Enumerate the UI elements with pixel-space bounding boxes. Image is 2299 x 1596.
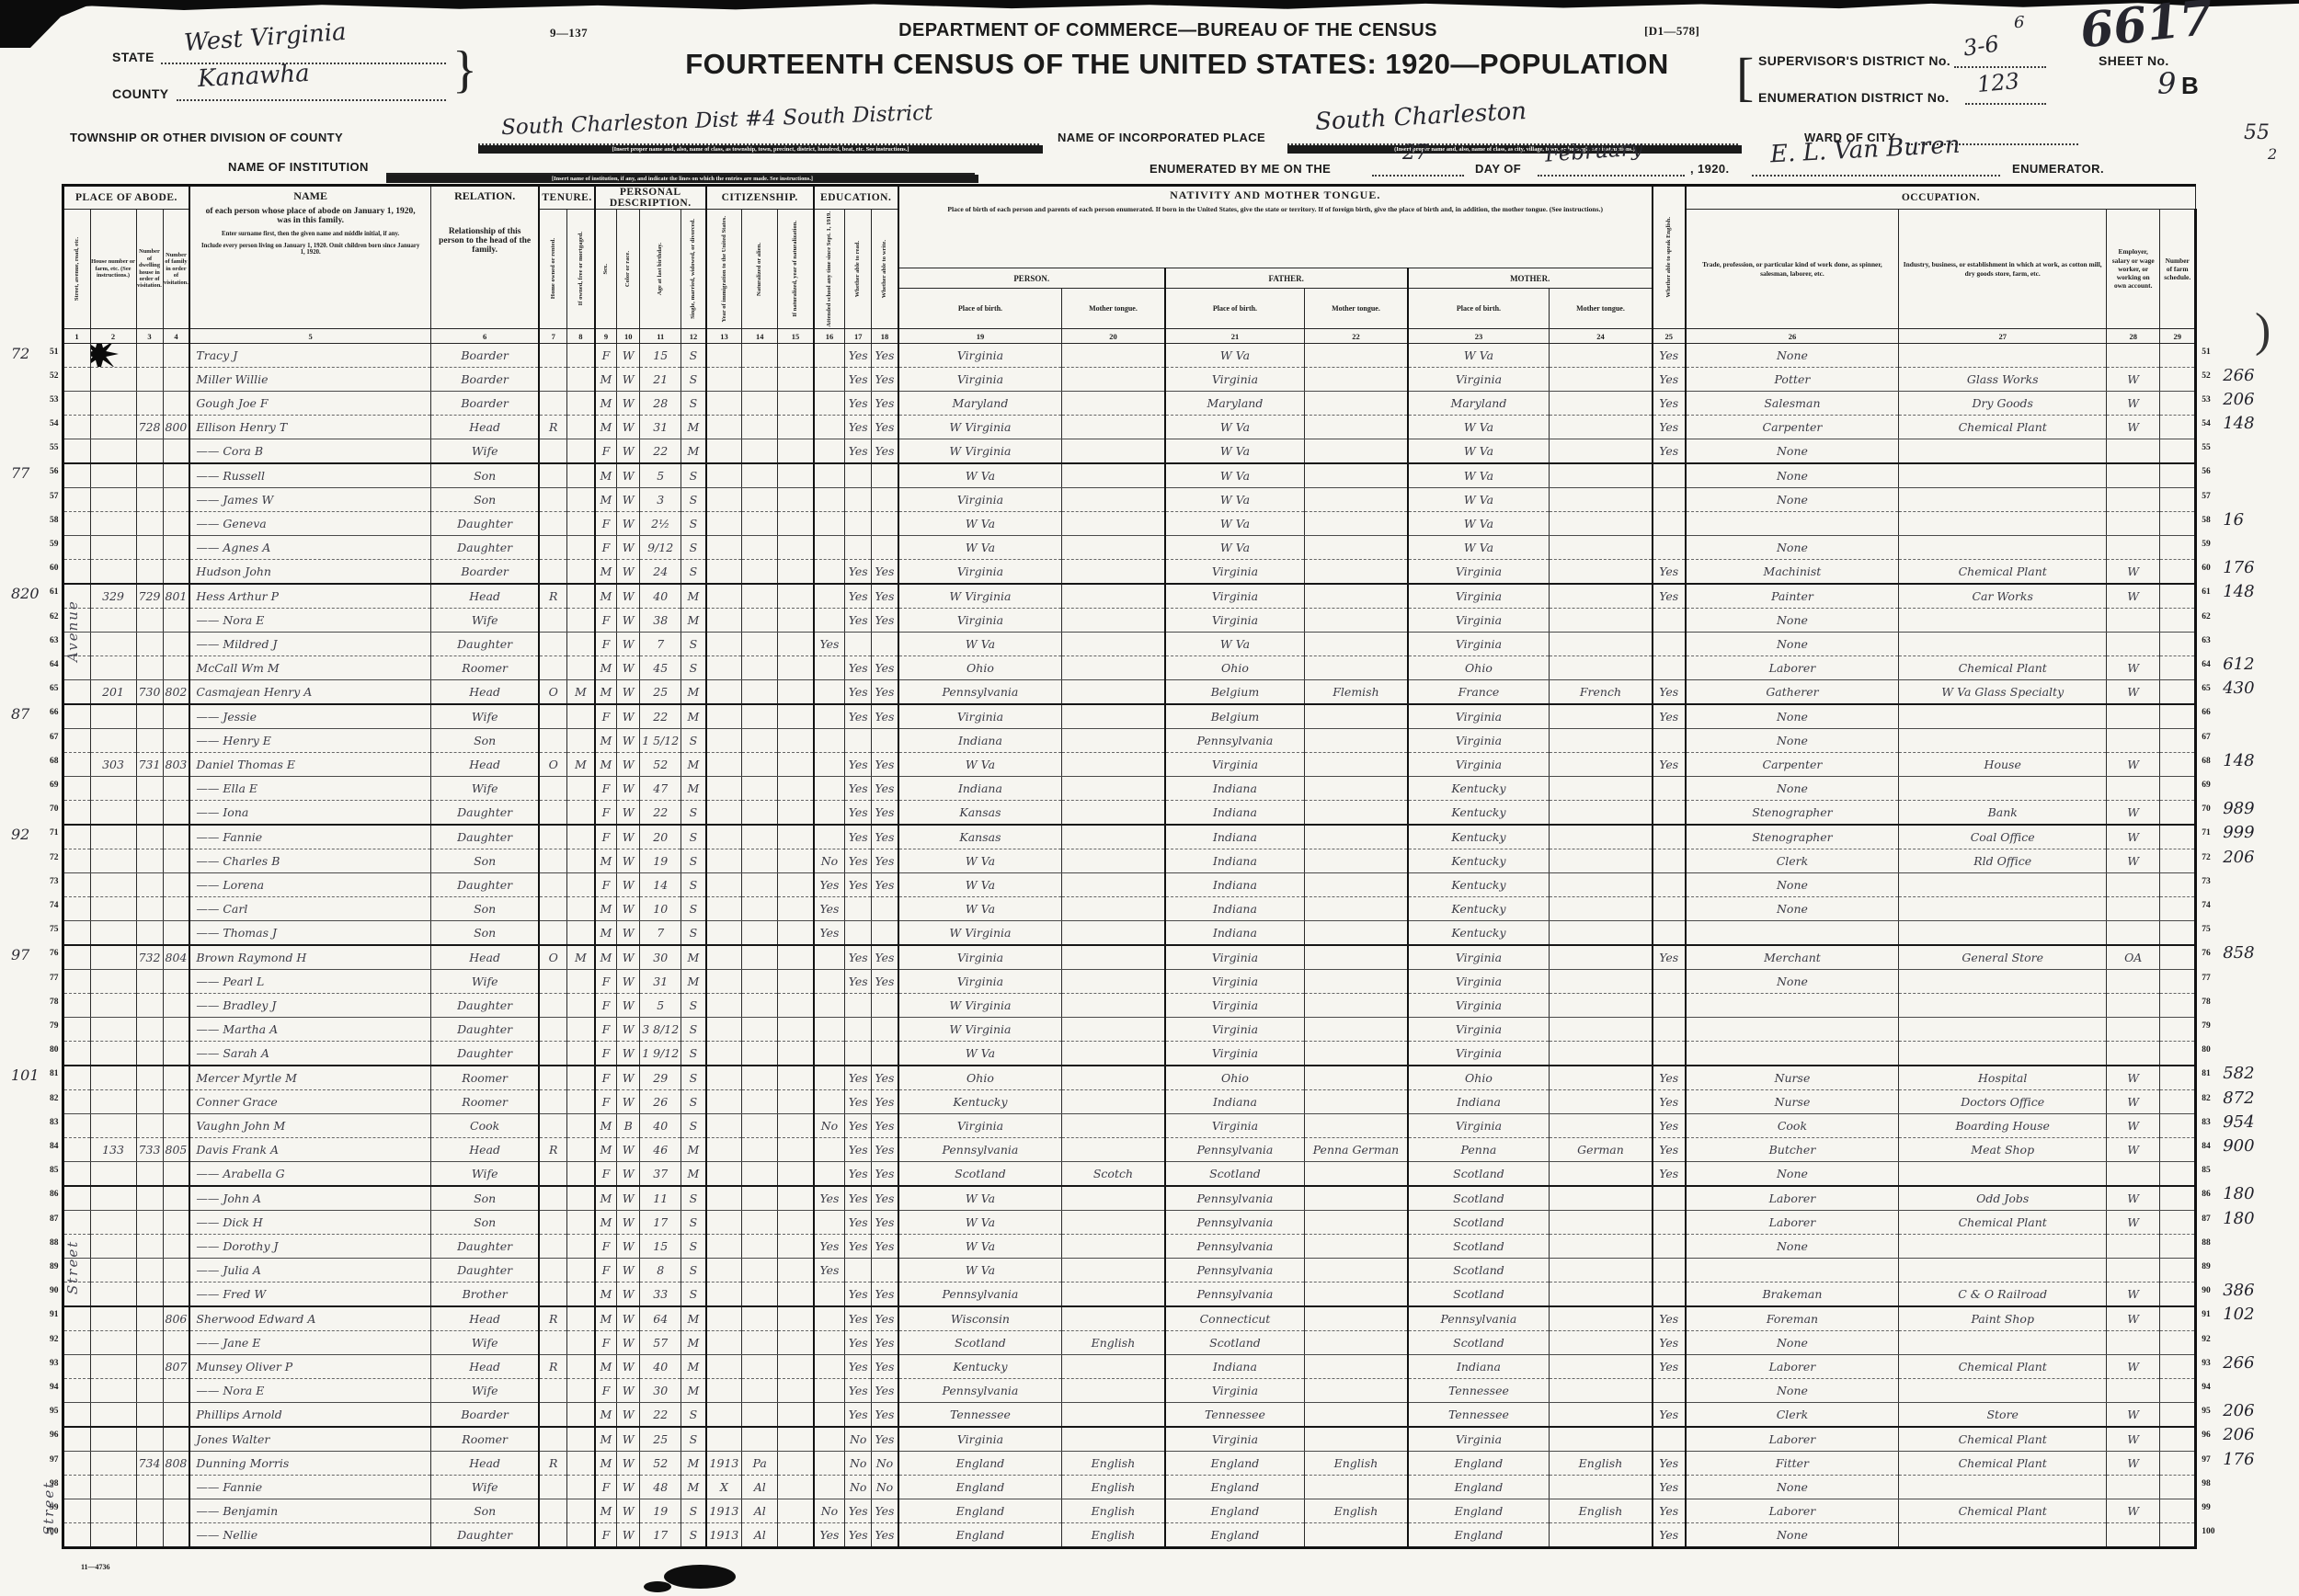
row-number-left: 55 <box>11 439 63 464</box>
cell-bp: Kentucky <box>898 1090 1062 1114</box>
cell-bp: Scotland <box>898 1331 1062 1355</box>
cell-mort <box>567 1331 595 1355</box>
cell-nat <box>742 1042 778 1066</box>
cell-fam: 804 <box>163 945 189 970</box>
cell-school <box>814 392 845 416</box>
cell-own <box>539 1259 566 1282</box>
cell-emp <box>2107 512 2160 536</box>
group-name: NAME of each person whose place of abode… <box>189 186 430 329</box>
cell-ind <box>1899 1331 2107 1355</box>
row-number-right: 62 <box>2196 609 2292 633</box>
cell-natyr <box>778 392 814 416</box>
cell-age: 57 <box>640 1331 681 1355</box>
cell-bp: W Va <box>898 1235 1062 1259</box>
cell-own <box>539 1379 566 1403</box>
row-number-left: 91 <box>11 1306 63 1331</box>
cell-col: W <box>617 1306 640 1331</box>
cell-fbp: Virginia <box>1165 1379 1305 1403</box>
cell-write: Yes <box>872 439 898 464</box>
cell-emp <box>2107 1162 2160 1187</box>
row-number-left: 59 <box>11 536 63 560</box>
cell-write <box>872 897 898 921</box>
cell-age: 3 8/12 <box>640 1018 681 1042</box>
cell-mbp: Indiana <box>1408 1090 1550 1114</box>
cell-own <box>539 560 566 585</box>
cell-age: 8 <box>640 1259 681 1282</box>
col-number-14: 14 <box>742 329 778 344</box>
cell-nat <box>742 392 778 416</box>
cell-natyr <box>778 1138 814 1162</box>
township-label: TOWNSHIP OR OTHER DIVISION OF COUNTY <box>70 131 343 144</box>
cell-mt <box>1062 921 1165 946</box>
cell-fmt <box>1305 849 1408 873</box>
cell-farm <box>2160 1162 2196 1187</box>
cell-house <box>90 1235 136 1259</box>
street-name-handwriting-2: Street <box>64 1129 81 1294</box>
cell-street <box>63 416 90 439</box>
cell-emp: W <box>2107 825 2160 849</box>
cell-mt <box>1062 584 1165 609</box>
cell-emp <box>2107 704 2160 729</box>
cell-own <box>539 392 566 416</box>
col-number-25: 25 <box>1653 329 1686 344</box>
line-number: 68 <box>50 757 59 766</box>
cell-mar: M <box>681 1138 706 1162</box>
cell-occ: None <box>1686 439 1899 464</box>
cell-col: W <box>617 1355 640 1379</box>
cell-mbp: Virginia <box>1408 704 1550 729</box>
cell-nat <box>742 1403 778 1428</box>
line-number-right: 54 <box>2202 419 2211 428</box>
cell-mmt <box>1550 584 1653 609</box>
cell-nat <box>742 1114 778 1138</box>
cell-fbp: Indiana <box>1165 873 1305 897</box>
cell-dw <box>136 633 163 656</box>
cell-mt <box>1062 704 1165 729</box>
cell-occ: Laborer <box>1686 1186 1899 1211</box>
row-number-left: 82 <box>11 1090 63 1114</box>
cell-write: Yes <box>872 1282 898 1307</box>
cell-natyr <box>778 1379 814 1403</box>
cell-imm <box>706 584 742 609</box>
cell-school <box>814 970 845 994</box>
table-row: 91806Sherwood Edward AHeadRMW64MYesYesWi… <box>11 1306 2292 1331</box>
cell-bp: W Va <box>898 1042 1062 1066</box>
cell-school <box>814 1427 845 1452</box>
cell-eng: Yes <box>1653 1331 1686 1355</box>
cell-mmt <box>1550 1331 1653 1355</box>
left-margin-note: 72 <box>11 345 29 362</box>
cell-bp: Virginia <box>898 970 1062 994</box>
cell-eng <box>1653 801 1686 826</box>
cell-read: Yes <box>845 753 872 777</box>
cell-col: W <box>617 368 640 392</box>
cell-house <box>90 1042 136 1066</box>
cell-mt <box>1062 1138 1165 1162</box>
line-number-right: 95 <box>2202 1407 2211 1416</box>
row-number-left: 54 <box>11 416 63 439</box>
cell-farm <box>2160 1306 2196 1331</box>
col-marital: Single, married, widowed, or divorced. <box>681 210 706 329</box>
cell-dw <box>136 1186 163 1211</box>
cell-sex: F <box>595 873 617 897</box>
cell-mbp: Virginia <box>1408 633 1550 656</box>
cell-house <box>90 921 136 946</box>
cell-sex: M <box>595 729 617 753</box>
cell-mort <box>567 1452 595 1476</box>
cell-col: W <box>617 416 640 439</box>
cell-fmt <box>1305 439 1408 464</box>
cell-ind: Chemical Plant <box>1899 560 2107 585</box>
cell-mt <box>1062 680 1165 705</box>
cell-school: Yes <box>814 897 845 921</box>
cell-name: Vaughn John M <box>189 1114 430 1138</box>
cell-name: —— Dick H <box>189 1211 430 1235</box>
cell-mmt <box>1550 1235 1653 1259</box>
cell-fam <box>163 1090 189 1114</box>
cell-dw <box>136 1114 163 1138</box>
cell-eng: Yes <box>1653 704 1686 729</box>
cell-name: —— Henry E <box>189 729 430 753</box>
cell-fmt <box>1305 1066 1408 1090</box>
cell-house <box>90 945 136 970</box>
row-number-left: 90 <box>11 1282 63 1307</box>
cell-bp: W Virginia <box>898 994 1062 1018</box>
line-number-right: 68 <box>2202 757 2211 766</box>
cell-fmt <box>1305 392 1408 416</box>
cell-occ: Laborer <box>1686 1499 1899 1523</box>
cell-farm <box>2160 1331 2196 1355</box>
cell-mt <box>1062 609 1165 633</box>
street-name-handwriting-1: Avenue <box>64 460 81 662</box>
cell-mbp: Indiana <box>1408 1355 1550 1379</box>
row-number-left: 83 <box>11 1114 63 1138</box>
cell-dw <box>136 825 163 849</box>
cell-ind: Doctors Office <box>1899 1090 2107 1114</box>
cell-nat <box>742 1427 778 1452</box>
right-margin-number: 582 <box>2223 1066 2254 1083</box>
row-number-right: 78 <box>2196 994 2292 1018</box>
cell-farm <box>2160 1235 2196 1259</box>
cell-own <box>539 344 566 368</box>
cell-occ: Brakeman <box>1686 1282 1899 1307</box>
line-number: 75 <box>50 925 59 934</box>
cell-age: 22 <box>640 704 681 729</box>
cell-rel: Roomer <box>430 656 539 680</box>
line-number-right: 73 <box>2202 877 2211 886</box>
cell-fam <box>163 512 189 536</box>
cell-read: Yes <box>845 1499 872 1523</box>
cell-occ: None <box>1686 970 1899 994</box>
cell-nat <box>742 439 778 464</box>
cell-fmt <box>1305 945 1408 970</box>
right-margin-number: 266 <box>2223 368 2254 385</box>
cell-age: 21 <box>640 368 681 392</box>
cell-ind <box>1899 463 2107 488</box>
cell-bp: Virginia <box>898 945 1062 970</box>
cell-mt <box>1062 1066 1165 1090</box>
cell-write: Yes <box>872 1211 898 1235</box>
cell-fam <box>163 344 189 368</box>
right-margin-number: 16 <box>2223 512 2244 530</box>
cell-name: —— Nellie <box>189 1523 430 1548</box>
line-number-right: 100 <box>2202 1527 2214 1536</box>
district-brace: [ <box>1736 46 1754 108</box>
cell-eng <box>1653 609 1686 633</box>
cell-school: Yes <box>814 633 845 656</box>
cell-fmt <box>1305 1186 1408 1211</box>
cell-emp: W <box>2107 1427 2160 1452</box>
cell-col: W <box>617 680 640 705</box>
cell-imm <box>706 1090 742 1114</box>
cell-write: Yes <box>872 1090 898 1114</box>
cell-mbp: Scotland <box>1408 1211 1550 1235</box>
cell-read: Yes <box>845 680 872 705</box>
cell-fmt <box>1305 584 1408 609</box>
cell-fmt <box>1305 536 1408 560</box>
cell-fbp: Scotland <box>1165 1331 1305 1355</box>
row-number-left: 72 <box>11 849 63 873</box>
cell-fam <box>163 439 189 464</box>
cell-ind <box>1899 1162 2107 1187</box>
cell-imm <box>706 994 742 1018</box>
cell-write: Yes <box>872 777 898 801</box>
cell-dw <box>136 1066 163 1090</box>
cell-rel: Son <box>430 1211 539 1235</box>
cell-nat <box>742 1186 778 1211</box>
cell-natyr <box>778 1211 814 1235</box>
cell-read: Yes <box>845 416 872 439</box>
cell-imm <box>706 1042 742 1066</box>
cell-bp: Scotland <box>898 1162 1062 1187</box>
subgroup-person: PERSON. <box>898 268 1165 289</box>
cell-mmt <box>1550 536 1653 560</box>
line-number: 63 <box>50 636 59 645</box>
line-number: 59 <box>50 540 59 549</box>
table-row: 55—— Cora BWifeFW22MYesYesW VirginiaW Va… <box>11 439 2292 464</box>
cell-school <box>814 1042 845 1066</box>
cell-mmt <box>1550 1018 1653 1042</box>
cell-ind: C & O Railroad <box>1899 1282 2107 1307</box>
cell-col: W <box>617 921 640 946</box>
cell-natyr <box>778 1476 814 1499</box>
cell-col: W <box>617 463 640 488</box>
row-number-right: 72206 <box>2196 849 2292 873</box>
cell-mmt <box>1550 1523 1653 1548</box>
cell-street <box>63 849 90 873</box>
cell-fbp: Pennsylvania <box>1165 1211 1305 1235</box>
cell-mmt <box>1550 560 1653 585</box>
cell-mbp: Virginia <box>1408 729 1550 753</box>
cell-dw <box>136 873 163 897</box>
cell-mbp: Virginia <box>1408 753 1550 777</box>
cell-eng: Yes <box>1653 368 1686 392</box>
cell-fmt <box>1305 1523 1408 1548</box>
cell-read: Yes <box>845 801 872 826</box>
cell-mar: S <box>681 488 706 512</box>
cell-rel: Wife <box>430 439 539 464</box>
cell-mt <box>1062 1042 1165 1066</box>
cell-age: 7 <box>640 921 681 946</box>
cell-natyr <box>778 512 814 536</box>
cell-street <box>63 801 90 826</box>
cell-name: —— Dorothy J <box>189 1235 430 1259</box>
mother-mother-tongue: Mother tongue. <box>1550 289 1653 329</box>
line-number: 61 <box>50 587 59 597</box>
cell-own <box>539 656 566 680</box>
cell-mmt <box>1550 1355 1653 1379</box>
cell-school <box>814 416 845 439</box>
cell-nat <box>742 1379 778 1403</box>
cell-mbp: Virginia <box>1408 1114 1550 1138</box>
cell-occ: Stenographer <box>1686 825 1899 849</box>
cell-mort <box>567 609 595 633</box>
cell-mort <box>567 656 595 680</box>
cell-occ: None <box>1686 873 1899 897</box>
cell-fam: 803 <box>163 753 189 777</box>
row-number-left: 75 <box>11 921 63 946</box>
cell-mbp: W Va <box>1408 463 1550 488</box>
cell-mort <box>567 777 595 801</box>
cell-emp <box>2107 873 2160 897</box>
cell-write: Yes <box>872 584 898 609</box>
cell-school <box>814 704 845 729</box>
cell-bp: W Va <box>898 633 1062 656</box>
cell-col: W <box>617 1138 640 1162</box>
cell-age: 47 <box>640 777 681 801</box>
table-row: 92—— Jane EWifeFW57MYesYesScotlandEnglis… <box>11 1331 2292 1355</box>
cell-farm <box>2160 1066 2196 1090</box>
line-number: 81 <box>50 1069 59 1078</box>
sheet-value: 9 <box>2157 66 2176 101</box>
row-number-left: 65 <box>11 680 63 705</box>
cell-own <box>539 633 566 656</box>
cell-nat <box>742 1282 778 1307</box>
line-number-right: 90 <box>2202 1286 2211 1295</box>
cell-read <box>845 463 872 488</box>
cell-school <box>814 994 845 1018</box>
cell-bp: Virginia <box>898 488 1062 512</box>
right-margin-number: 430 <box>2223 680 2254 698</box>
cell-occ: None <box>1686 704 1899 729</box>
col-number-11: 11 <box>640 329 681 344</box>
cell-imm <box>706 873 742 897</box>
table-row: 89—— Julia ADaughterFW8SYesW VaPennsylva… <box>11 1259 2292 1282</box>
cell-street <box>63 1090 90 1114</box>
cell-own: R <box>539 584 566 609</box>
cell-own <box>539 1427 566 1452</box>
cell-write: Yes <box>872 1138 898 1162</box>
cell-fbp: Maryland <box>1165 392 1305 416</box>
cell-col: W <box>617 1259 640 1282</box>
cell-occ: Carpenter <box>1686 416 1899 439</box>
cell-age: 2½ <box>640 512 681 536</box>
cell-mbp: Pennsylvania <box>1408 1306 1550 1331</box>
cell-emp: W <box>2107 1211 2160 1235</box>
row-number-right: 99 <box>2196 1499 2292 1523</box>
cell-fam: 800 <box>163 416 189 439</box>
cell-nat <box>742 609 778 633</box>
cell-fam <box>163 704 189 729</box>
col-naturalized: Naturalized or alien. <box>742 210 778 329</box>
cell-occ <box>1686 994 1899 1018</box>
cell-school: No <box>814 1499 845 1523</box>
cell-mt <box>1062 897 1165 921</box>
cell-natyr <box>778 1306 814 1331</box>
cell-nat <box>742 1259 778 1282</box>
row-number-left: 67 <box>11 729 63 753</box>
page-title: FOURTEENTH CENSUS OF THE UNITED STATES: … <box>589 48 1766 81</box>
cell-mar: S <box>681 1282 706 1307</box>
cell-name: —— Carl <box>189 897 430 921</box>
cell-dw: 731 <box>136 753 163 777</box>
cell-read: Yes <box>845 368 872 392</box>
cell-mort <box>567 584 595 609</box>
cell-mt <box>1062 368 1165 392</box>
cell-fbp: Belgium <box>1165 704 1305 729</box>
subgroup-mother: MOTHER. <box>1408 268 1653 289</box>
cell-write <box>872 488 898 512</box>
cell-rel: Boarder <box>430 344 539 368</box>
place-note: (Insert proper name and, also, name of c… <box>1287 145 1742 154</box>
cell-street <box>63 1379 90 1403</box>
cell-mmt <box>1550 609 1653 633</box>
cell-col: W <box>617 392 640 416</box>
cell-mbp: Virginia <box>1408 945 1550 970</box>
cell-school <box>814 512 845 536</box>
cell-nat <box>742 921 778 946</box>
line-number: 74 <box>50 901 59 910</box>
col-number-15: 15 <box>778 329 814 344</box>
table-row: 77—— Pearl LWifeFW31MYesYesVirginiaVirgi… <box>11 970 2292 994</box>
cell-fam <box>163 801 189 826</box>
cell-ind <box>1899 439 2107 464</box>
line-number-right: 83 <box>2202 1118 2211 1127</box>
row-number-right: 95206 <box>2196 1403 2292 1428</box>
cell-nat <box>742 1066 778 1090</box>
cell-write: Yes <box>872 825 898 849</box>
cell-read: No <box>845 1452 872 1476</box>
cell-occ: Nurse <box>1686 1066 1899 1090</box>
institution-label: NAME OF INSTITUTION <box>228 160 369 174</box>
cell-mort: M <box>567 945 595 970</box>
line-number: 55 <box>50 443 59 452</box>
cell-read <box>845 512 872 536</box>
line-number-right: 74 <box>2202 901 2211 910</box>
line-number: 66 <box>50 708 59 717</box>
line-number-right: 92 <box>2202 1335 2211 1344</box>
cell-mar: M <box>681 609 706 633</box>
cell-nat <box>742 1355 778 1379</box>
cell-nat <box>742 753 778 777</box>
cell-fbp: Virginia <box>1165 609 1305 633</box>
enumdist-label: ENUMERATION DISTRICT No. <box>1758 90 1950 105</box>
cell-bp: England <box>898 1499 1062 1523</box>
cell-rel: Head <box>430 945 539 970</box>
cell-occ: None <box>1686 729 1899 753</box>
cell-bp: Ohio <box>898 656 1062 680</box>
row-number-left: 89 <box>11 1259 63 1282</box>
cell-natyr <box>778 873 814 897</box>
cell-nat <box>742 945 778 970</box>
cell-fbp: Virginia <box>1165 1018 1305 1042</box>
cell-dw <box>136 392 163 416</box>
cell-farm <box>2160 536 2196 560</box>
row-number-left: 7251 <box>11 344 63 368</box>
cell-eng <box>1653 463 1686 488</box>
cell-emp <box>2107 921 2160 946</box>
cell-imm <box>706 1282 742 1307</box>
